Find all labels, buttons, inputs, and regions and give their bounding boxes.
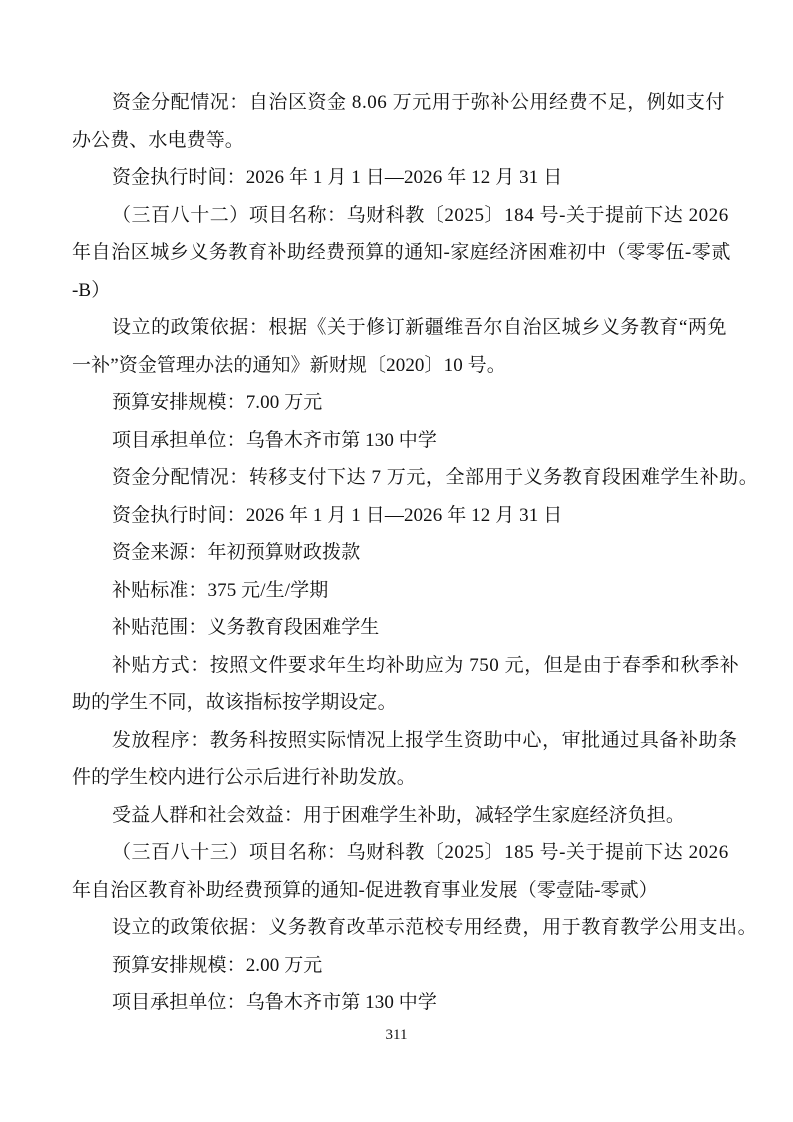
document-line: 补贴方式：按照文件要求年生均补助应为 750 元，但是由于春季和秋季补 xyxy=(72,647,720,685)
document-line: 件的学生校内进行公示后进行补助发放。 xyxy=(72,759,720,797)
document-body: 资金分配情况：自治区资金 8.06 万元用于弥补公用经费不足，例如支付 办公费、… xyxy=(72,84,720,1022)
document-line: 受益人群和社会效益：用于困难学生补助，减轻学生家庭经济负担。 xyxy=(72,797,720,835)
document-line: 预算安排规模：7.00 万元 xyxy=(72,384,720,422)
document-line: 年自治区教育补助经费预算的通知-促进教育事业发展（零壹陆-零贰） xyxy=(72,872,720,910)
document-line: 补贴范围：义务教育段困难学生 xyxy=(72,609,720,647)
document-line: 预算安排规模：2.00 万元 xyxy=(72,947,720,985)
document-line: 助的学生不同，故该指标按学期设定。 xyxy=(72,684,720,722)
document-line: 一补”资金管理办法的通知》新财规〔2020〕10 号。 xyxy=(72,347,720,385)
document-line: 资金执行时间：2026 年 1 月 1 日—2026 年 12 月 31 日 xyxy=(72,159,720,197)
document-line: 资金来源：年初预算财政拨款 xyxy=(72,534,720,572)
document-line: 资金执行时间：2026 年 1 月 1 日—2026 年 12 月 31 日 xyxy=(72,497,720,535)
document-line: 项目承担单位：乌鲁木齐市第 130 中学 xyxy=(72,984,720,1022)
document-line: 办公费、水电费等。 xyxy=(72,122,720,160)
document-line: 项目承担单位：乌鲁木齐市第 130 中学 xyxy=(72,422,720,460)
document-page: 资金分配情况：自治区资金 8.06 万元用于弥补公用经费不足，例如支付 办公费、… xyxy=(0,0,793,1122)
document-line: 发放程序：教务科按照实际情况上报学生资助中心，审批通过具备补助条 xyxy=(72,722,720,760)
document-line: 设立的政策依据：根据《关于修订新疆维吾尔自治区城乡义务教育“两免 xyxy=(72,309,720,347)
document-line: 资金分配情况：自治区资金 8.06 万元用于弥补公用经费不足，例如支付 xyxy=(72,84,720,122)
page-number: 311 xyxy=(0,1027,793,1044)
document-line: -B） xyxy=(72,272,720,310)
document-line: （三百八十二）项目名称：乌财科教〔2025〕184 号-关于提前下达 2026 xyxy=(72,197,720,235)
document-line: 年自治区城乡义务教育补助经费预算的通知-家庭经济困难初中（零零伍-零贰 xyxy=(72,234,720,272)
document-line: （三百八十三）项目名称：乌财科教〔2025〕185 号-关于提前下达 2026 xyxy=(72,834,720,872)
document-line: 补贴标准：375 元/生/学期 xyxy=(72,572,720,610)
document-line: 设立的政策依据：义务教育改革示范校专用经费，用于教育教学公用支出。 xyxy=(72,909,720,947)
document-line: 资金分配情况：转移支付下达 7 万元，全部用于义务教育段困难学生补助。 xyxy=(72,459,720,497)
